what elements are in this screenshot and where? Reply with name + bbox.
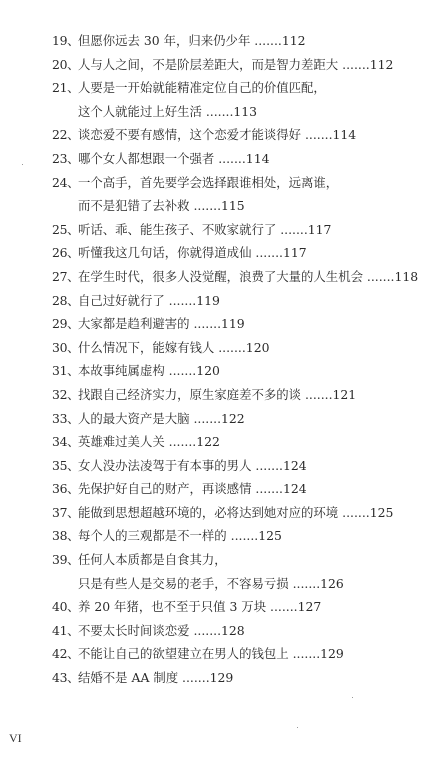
entry-title: 自己过好就行了 .......119: [78, 289, 220, 313]
toc-entry: 31、本故事纯属虚构 .......120: [0, 359, 435, 383]
entry-number: 32、: [52, 383, 79, 407]
toc-entry: 39、任何人本质都是自食其力，: [0, 548, 435, 572]
toc-entry-continuation: 只是有些人是交易的老手，不容易亏损 .......126: [0, 572, 435, 596]
entry-title: 结婚不是 AA 制度 .......129: [78, 666, 233, 690]
toc-entry: 21、人要是一开始就能精准定位自己的价值匹配，: [0, 76, 435, 100]
entry-title: 这个人就能过上好生活 .......113: [78, 100, 257, 124]
toc-entry: 40、养 20 年猪，也不至于只值 3 万块 .......127: [0, 595, 435, 619]
toc-entry: 37、能做到思想超越环境的，必将达到她对应的环境 .......125: [0, 501, 435, 525]
entry-title: 找跟自己经济实力，原生家庭差不多的谈 .......121: [78, 383, 356, 407]
entry-title: 一个高手，首先要学会选择跟谁相处，远离谁，: [78, 171, 338, 195]
entry-number: 41、: [52, 619, 79, 643]
toc-entry: 25、听话、乖、能生孩子、不败家就行了 .......117: [0, 218, 435, 242]
entry-title: 人要是一开始就能精准定位自己的价值匹配，: [78, 76, 326, 100]
entry-number: 31、: [52, 359, 79, 383]
entry-number: 27、: [52, 265, 79, 289]
scan-speck: [22, 164, 23, 165]
entry-number: 38、: [52, 524, 79, 548]
entry-title: 先保护好自己的财产，再谈感情 .......124: [78, 477, 307, 501]
entry-number: 24、: [52, 171, 79, 195]
scan-speck: [297, 727, 298, 728]
entry-title: 哪个女人都想跟一个强者 .......114: [78, 147, 269, 171]
entry-title: 谈恋爱不要有感情，这个恋爱才能谈得好 .......114: [78, 123, 356, 147]
entry-title: 养 20 年猪，也不至于只值 3 万块 .......127: [78, 595, 321, 619]
toc-entry: 23、哪个女人都想跟一个强者 .......114: [0, 147, 435, 171]
entry-title: 只是有些人是交易的老手，不容易亏损 .......126: [78, 572, 344, 596]
entry-number: 29、: [52, 312, 79, 336]
entry-title: 不能让自己的欲望建立在男人的钱包上 .......129: [78, 642, 344, 666]
entry-title: 大家都是趋利避害的 .......119: [78, 312, 245, 336]
toc-entry: 20、人与人之间，不是阶层差距大，而是智力差距大 .......112: [0, 53, 435, 77]
entry-number: 22、: [52, 123, 79, 147]
entry-title: 而不是犯错了去补救 .......115: [78, 194, 245, 218]
entry-number: 43、: [52, 666, 79, 690]
entry-number: 35、: [52, 454, 79, 478]
toc-entry: 30、什么情况下，能嫁有钱人 .......120: [0, 336, 435, 360]
toc-entry: 32、找跟自己经济实力，原生家庭差不多的谈 .......121: [0, 383, 435, 407]
toc-entry: 43、结婚不是 AA 制度 .......129: [0, 666, 435, 690]
page-number: VI: [9, 731, 22, 746]
entry-title: 每个人的三观都是不一样的 .......125: [78, 524, 282, 548]
toc-entry: 27、在学生时代，很多人没觉醒，浪费了大量的人生机会 .......118: [0, 265, 435, 289]
entry-title: 什么情况下，能嫁有钱人 .......120: [78, 336, 269, 360]
entry-number: 30、: [52, 336, 79, 360]
table-of-contents: 19、但愿你远去 30 年，归来仍少年 .......112 20、人与人之间，…: [0, 29, 435, 690]
toc-entry: 35、女人没办法凌驾于有本事的男人 .......124: [0, 454, 435, 478]
toc-entry-continuation: 这个人就能过上好生活 .......113: [0, 100, 435, 124]
entry-title: 不要太长时间谈恋爱 .......128: [78, 619, 245, 643]
entry-title: 人与人之间，不是阶层差距大，而是智力差距大 .......112: [78, 53, 393, 77]
entry-title: 本故事纯属虚构 .......120: [78, 359, 220, 383]
entry-number: 23、: [52, 147, 79, 171]
scan-speck: [352, 697, 353, 698]
toc-entry-continuation: 而不是犯错了去补救 .......115: [0, 194, 435, 218]
entry-number: 33、: [52, 407, 79, 431]
entry-number: 21、: [52, 76, 79, 100]
entry-number: 19、: [52, 29, 79, 53]
entry-title: 任何人本质都是自食其力，: [78, 548, 227, 572]
toc-entry: 29、大家都是趋利避害的 .......119: [0, 312, 435, 336]
toc-entry: 22、谈恋爱不要有感情，这个恋爱才能谈得好 .......114: [0, 123, 435, 147]
toc-entry: 33、人的最大资产是大脑 .......122: [0, 407, 435, 431]
entry-number: 20、: [52, 53, 79, 77]
entry-number: 40、: [52, 595, 79, 619]
entry-title: 在学生时代，很多人没觉醒，浪费了大量的人生机会 .......118: [78, 265, 418, 289]
entry-title: 听懂我这几句话，你就得道成仙 .......117: [78, 241, 307, 265]
entry-number: 28、: [52, 289, 79, 313]
entry-title: 听话、乖、能生孩子、不败家就行了 .......117: [78, 218, 331, 242]
toc-entry: 34、英雄难过美人关 .......122: [0, 430, 435, 454]
toc-entry: 28、自己过好就行了 .......119: [0, 289, 435, 313]
toc-entry: 41、不要太长时间谈恋爱 .......128: [0, 619, 435, 643]
entry-title: 英雄难过美人关 .......122: [78, 430, 220, 454]
entry-number: 26、: [52, 241, 79, 265]
entry-number: 42、: [52, 642, 79, 666]
toc-entry: 26、听懂我这几句话，你就得道成仙 .......117: [0, 241, 435, 265]
entry-number: 25、: [52, 218, 79, 242]
entry-number: 34、: [52, 430, 79, 454]
toc-entry: 24、一个高手，首先要学会选择跟谁相处，远离谁，: [0, 171, 435, 195]
entry-title: 人的最大资产是大脑 .......122: [78, 407, 245, 431]
entry-number: 39、: [52, 548, 79, 572]
entry-number: 37、: [52, 501, 79, 525]
toc-entry: 38、每个人的三观都是不一样的 .......125: [0, 524, 435, 548]
toc-entry: 19、但愿你远去 30 年，归来仍少年 .......112: [0, 29, 435, 53]
entry-title: 女人没办法凌驾于有本事的男人 .......124: [78, 454, 307, 478]
entry-title: 能做到思想超越环境的，必将达到她对应的环境 .......125: [78, 501, 393, 525]
entry-title: 但愿你远去 30 年，归来仍少年 .......112: [78, 29, 306, 53]
entry-number: 36、: [52, 477, 79, 501]
toc-entry: 42、不能让自己的欲望建立在男人的钱包上 .......129: [0, 642, 435, 666]
toc-entry: 36、先保护好自己的财产，再谈感情 .......124: [0, 477, 435, 501]
